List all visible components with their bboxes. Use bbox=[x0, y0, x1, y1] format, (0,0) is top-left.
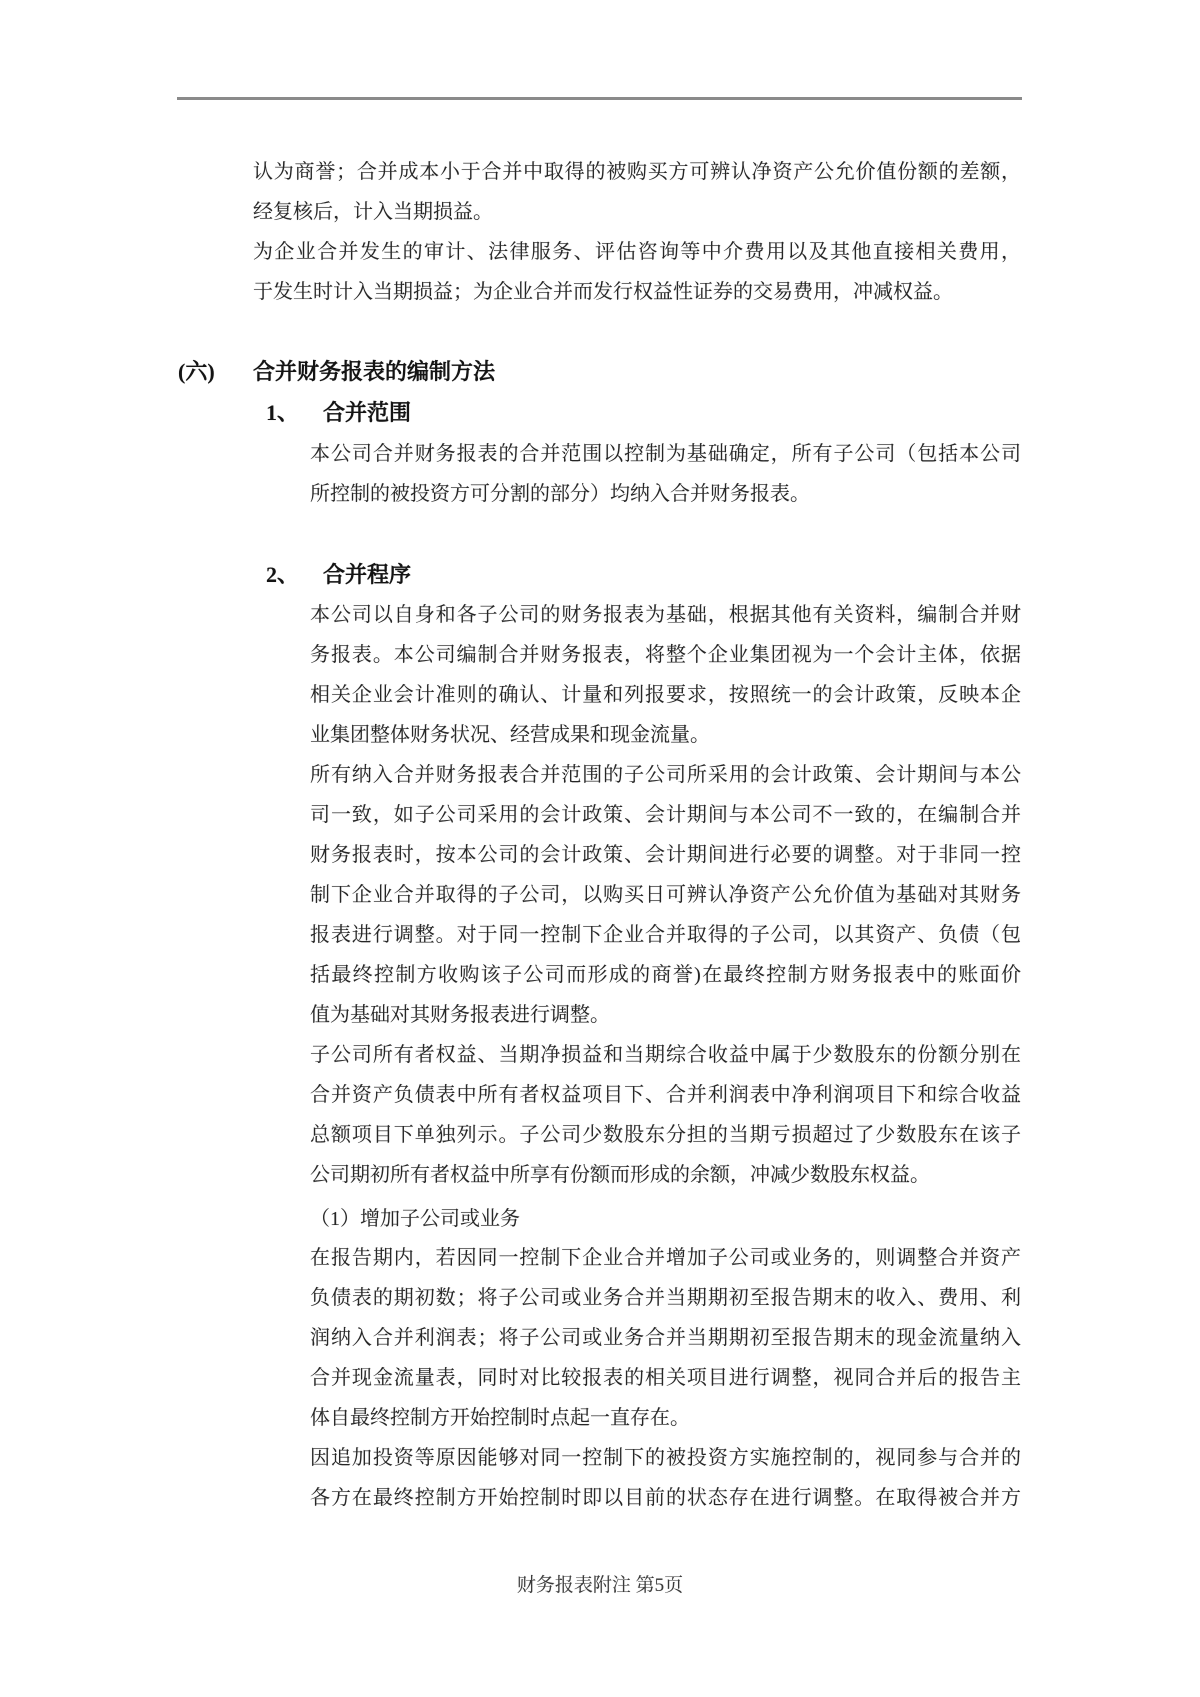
text-line: 润纳入合并利润表；将子公司或业务合并当期期初至报告期末的现金流量纳入 bbox=[310, 1318, 1021, 1358]
subsection-2-heading: 2、合并程序 bbox=[266, 555, 411, 595]
subsection-title: 合并范围 bbox=[323, 400, 411, 425]
text-line: 公司期初所有者权益中所享有份额而形成的余额，冲减少数股东权益。 bbox=[310, 1155, 1021, 1195]
subsection-1-heading: 1、合并范围 bbox=[266, 393, 411, 433]
text-line: 经复核后，计入当期损益。 bbox=[253, 192, 1021, 232]
paragraph-add-subsidiary: 在报告期内，若因同一控制下企业合并增加子公司或业务的，则调整合并资产 负债表的期… bbox=[310, 1238, 1021, 1518]
text-line: 括最终控制方收购该子公司而形成的商誉)在最终控制方财务报表中的账面价 bbox=[310, 955, 1021, 995]
text-line: 各方在最终控制方开始控制时即以目前的状态存在进行调整。在取得被合并方 bbox=[310, 1478, 1021, 1518]
section-marker: (六) bbox=[178, 352, 253, 392]
text-line: 业集团整体财务状况、经营成果和现金流量。 bbox=[310, 715, 1021, 755]
text-line: 因追加投资等原因能够对同一控制下的被投资方实施控制的，视同参与合并的 bbox=[310, 1438, 1021, 1478]
text-line: 值为基础对其财务报表进行调整。 bbox=[310, 995, 1021, 1035]
text-line: 本公司合并财务报表的合并范围以控制为基础确定，所有子公司（包括本公司 bbox=[310, 434, 1021, 474]
text-line: 所控制的被投资方可分割的部分）均纳入合并财务报表。 bbox=[310, 474, 1021, 514]
text-line: 务报表。本公司编制合并财务报表，将整个企业集团视为一个会计主体，依据 bbox=[310, 635, 1021, 675]
text-line: 本公司以自身和各子公司的财务报表为基础，根据其他有关资料，编制合并财 bbox=[310, 595, 1021, 635]
document-page: 认为商誉；合并成本小于合并中取得的被购买方可辨认净资产公允价值份额的差额， 经复… bbox=[0, 0, 1200, 1697]
text-line: 在报告期内，若因同一控制下企业合并增加子公司或业务的，则调整合并资产 bbox=[310, 1238, 1021, 1278]
subsection-title: 合并程序 bbox=[323, 562, 411, 587]
text-line: 所有纳入合并财务报表合并范围的子公司所采用的会计政策、会计期间与本公 bbox=[310, 755, 1021, 795]
paragraph-merge-scope: 本公司合并财务报表的合并范围以控制为基础确定，所有子公司（包括本公司 所控制的被… bbox=[310, 434, 1021, 514]
header-rule bbox=[177, 97, 1022, 100]
text-line: 负债表的期初数；将子公司或业务合并当期期初至报告期末的收入、费用、利 bbox=[310, 1278, 1021, 1318]
text-line: 合并现金流量表，同时对比较报表的相关项目进行调整，视同合并后的报告主 bbox=[310, 1358, 1021, 1398]
continuation-paragraphs: 认为商誉；合并成本小于合并中取得的被购买方可辨认净资产公允价值份额的差额， 经复… bbox=[253, 152, 1021, 312]
text-line: 合并资产负债表中所有者权益项目下、合并利润表中净利润项目下和综合收益 bbox=[310, 1075, 1021, 1115]
section-title: 合并财务报表的编制方法 bbox=[253, 359, 495, 384]
text-line: 认为商誉；合并成本小于合并中取得的被购买方可辨认净资产公允价值份额的差额， bbox=[253, 152, 1021, 192]
text-line: （1）增加子公司或业务 bbox=[310, 1199, 1021, 1239]
subsection-number: 1、 bbox=[266, 393, 323, 433]
text-line: 制下企业合并取得的子公司，以购买日可辨认净资产公允价值为基础对其财务 bbox=[310, 875, 1021, 915]
page-footer: 财务报表附注 第5页 bbox=[0, 1572, 1200, 1600]
text-line: 财务报表时，按本公司的会计政策、会计期间进行必要的调整。对于非同一控 bbox=[310, 835, 1021, 875]
text-line: 体自最终控制方开始控制时点起一直存在。 bbox=[310, 1398, 1021, 1438]
text-line: 为企业合并发生的审计、法律服务、评估咨询等中介费用以及其他直接相关费用， bbox=[253, 232, 1021, 272]
text-line: 司一致，如子公司采用的会计政策、会计期间与本公司不一致的，在编制合并 bbox=[310, 795, 1021, 835]
section-heading: (六)合并财务报表的编制方法 bbox=[178, 352, 495, 392]
list-item-heading: （1）增加子公司或业务 bbox=[310, 1199, 1021, 1239]
paragraph-merge-procedure: 本公司以自身和各子公司的财务报表为基础，根据其他有关资料，编制合并财 务报表。本… bbox=[310, 595, 1021, 1195]
text-line: 总额项目下单独列示。子公司少数股东分担的当期亏损超过了少数股东在该子 bbox=[310, 1115, 1021, 1155]
text-line: 报表进行调整。对于同一控制下企业合并取得的子公司，以其资产、负债（包 bbox=[310, 915, 1021, 955]
text-line: 子公司所有者权益、当期净损益和当期综合收益中属于少数股东的份额分别在 bbox=[310, 1035, 1021, 1075]
text-line: 相关企业会计准则的确认、计量和列报要求，按照统一的会计政策，反映本企 bbox=[310, 675, 1021, 715]
text-line: 于发生时计入当期损益；为企业合并而发行权益性证券的交易费用，冲减权益。 bbox=[253, 272, 1021, 312]
subsection-number: 2、 bbox=[266, 555, 323, 595]
